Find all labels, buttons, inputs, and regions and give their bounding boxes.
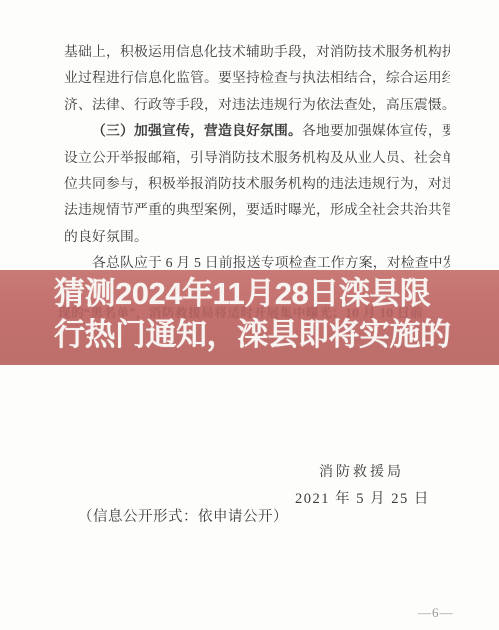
document-line: 位共同参与，积极举报消防技术服务机构的违法违规行为，对违 — [64, 171, 450, 197]
document-line: 业过程进行信息化监管。要坚持检查与执法相结合，综合运用经 — [64, 65, 450, 91]
document-body: 基础上，积极运用信息化技术辅助手段，对消防技术服务机构执业过程进行信息化监管。要… — [64, 39, 450, 277]
headline-overlay-banner: 现的“黑名单”，消防救援局将适时开展集中曝光；10 月 10 日前 猜测2024… — [0, 270, 499, 365]
document-line: 的良好氛围。 — [64, 224, 450, 250]
document-line: 设立公开举报邮箱，引导消防技术服务机构及从业人员、社会单 — [64, 145, 450, 171]
issue-date: 2021 年 5 月 25 日 — [295, 487, 430, 508]
document-line: 法违规情节严重的典型案例，要适时曝光，形成全社会共治共管 — [64, 197, 450, 223]
document-line: 基础上，积极运用信息化技术辅助手段，对消防技术服务机构执 — [64, 39, 450, 65]
document-line: （三）加强宣传，营造良好氛围。各地要加强媒体宣传，要 — [64, 118, 450, 144]
scanned-document-page: 基础上，积极运用信息化技术辅助手段，对消防技术服务机构执业过程进行信息化监管。要… — [0, 0, 499, 630]
headline-line-2: 行热门通知，滦县即将实施的 — [54, 319, 451, 350]
document-line: 济、法律、行政等手段，对违法违规行为依法查处，高压震慑。 — [64, 92, 450, 118]
disclosure-note: （信息公开形式：依申请公开） — [78, 505, 288, 526]
page-number: —6— — [418, 605, 454, 621]
issuing-authority: 消防救援局 — [319, 461, 404, 481]
headline-line-1: 猜测2024年11月28日滦县限 — [54, 278, 430, 309]
